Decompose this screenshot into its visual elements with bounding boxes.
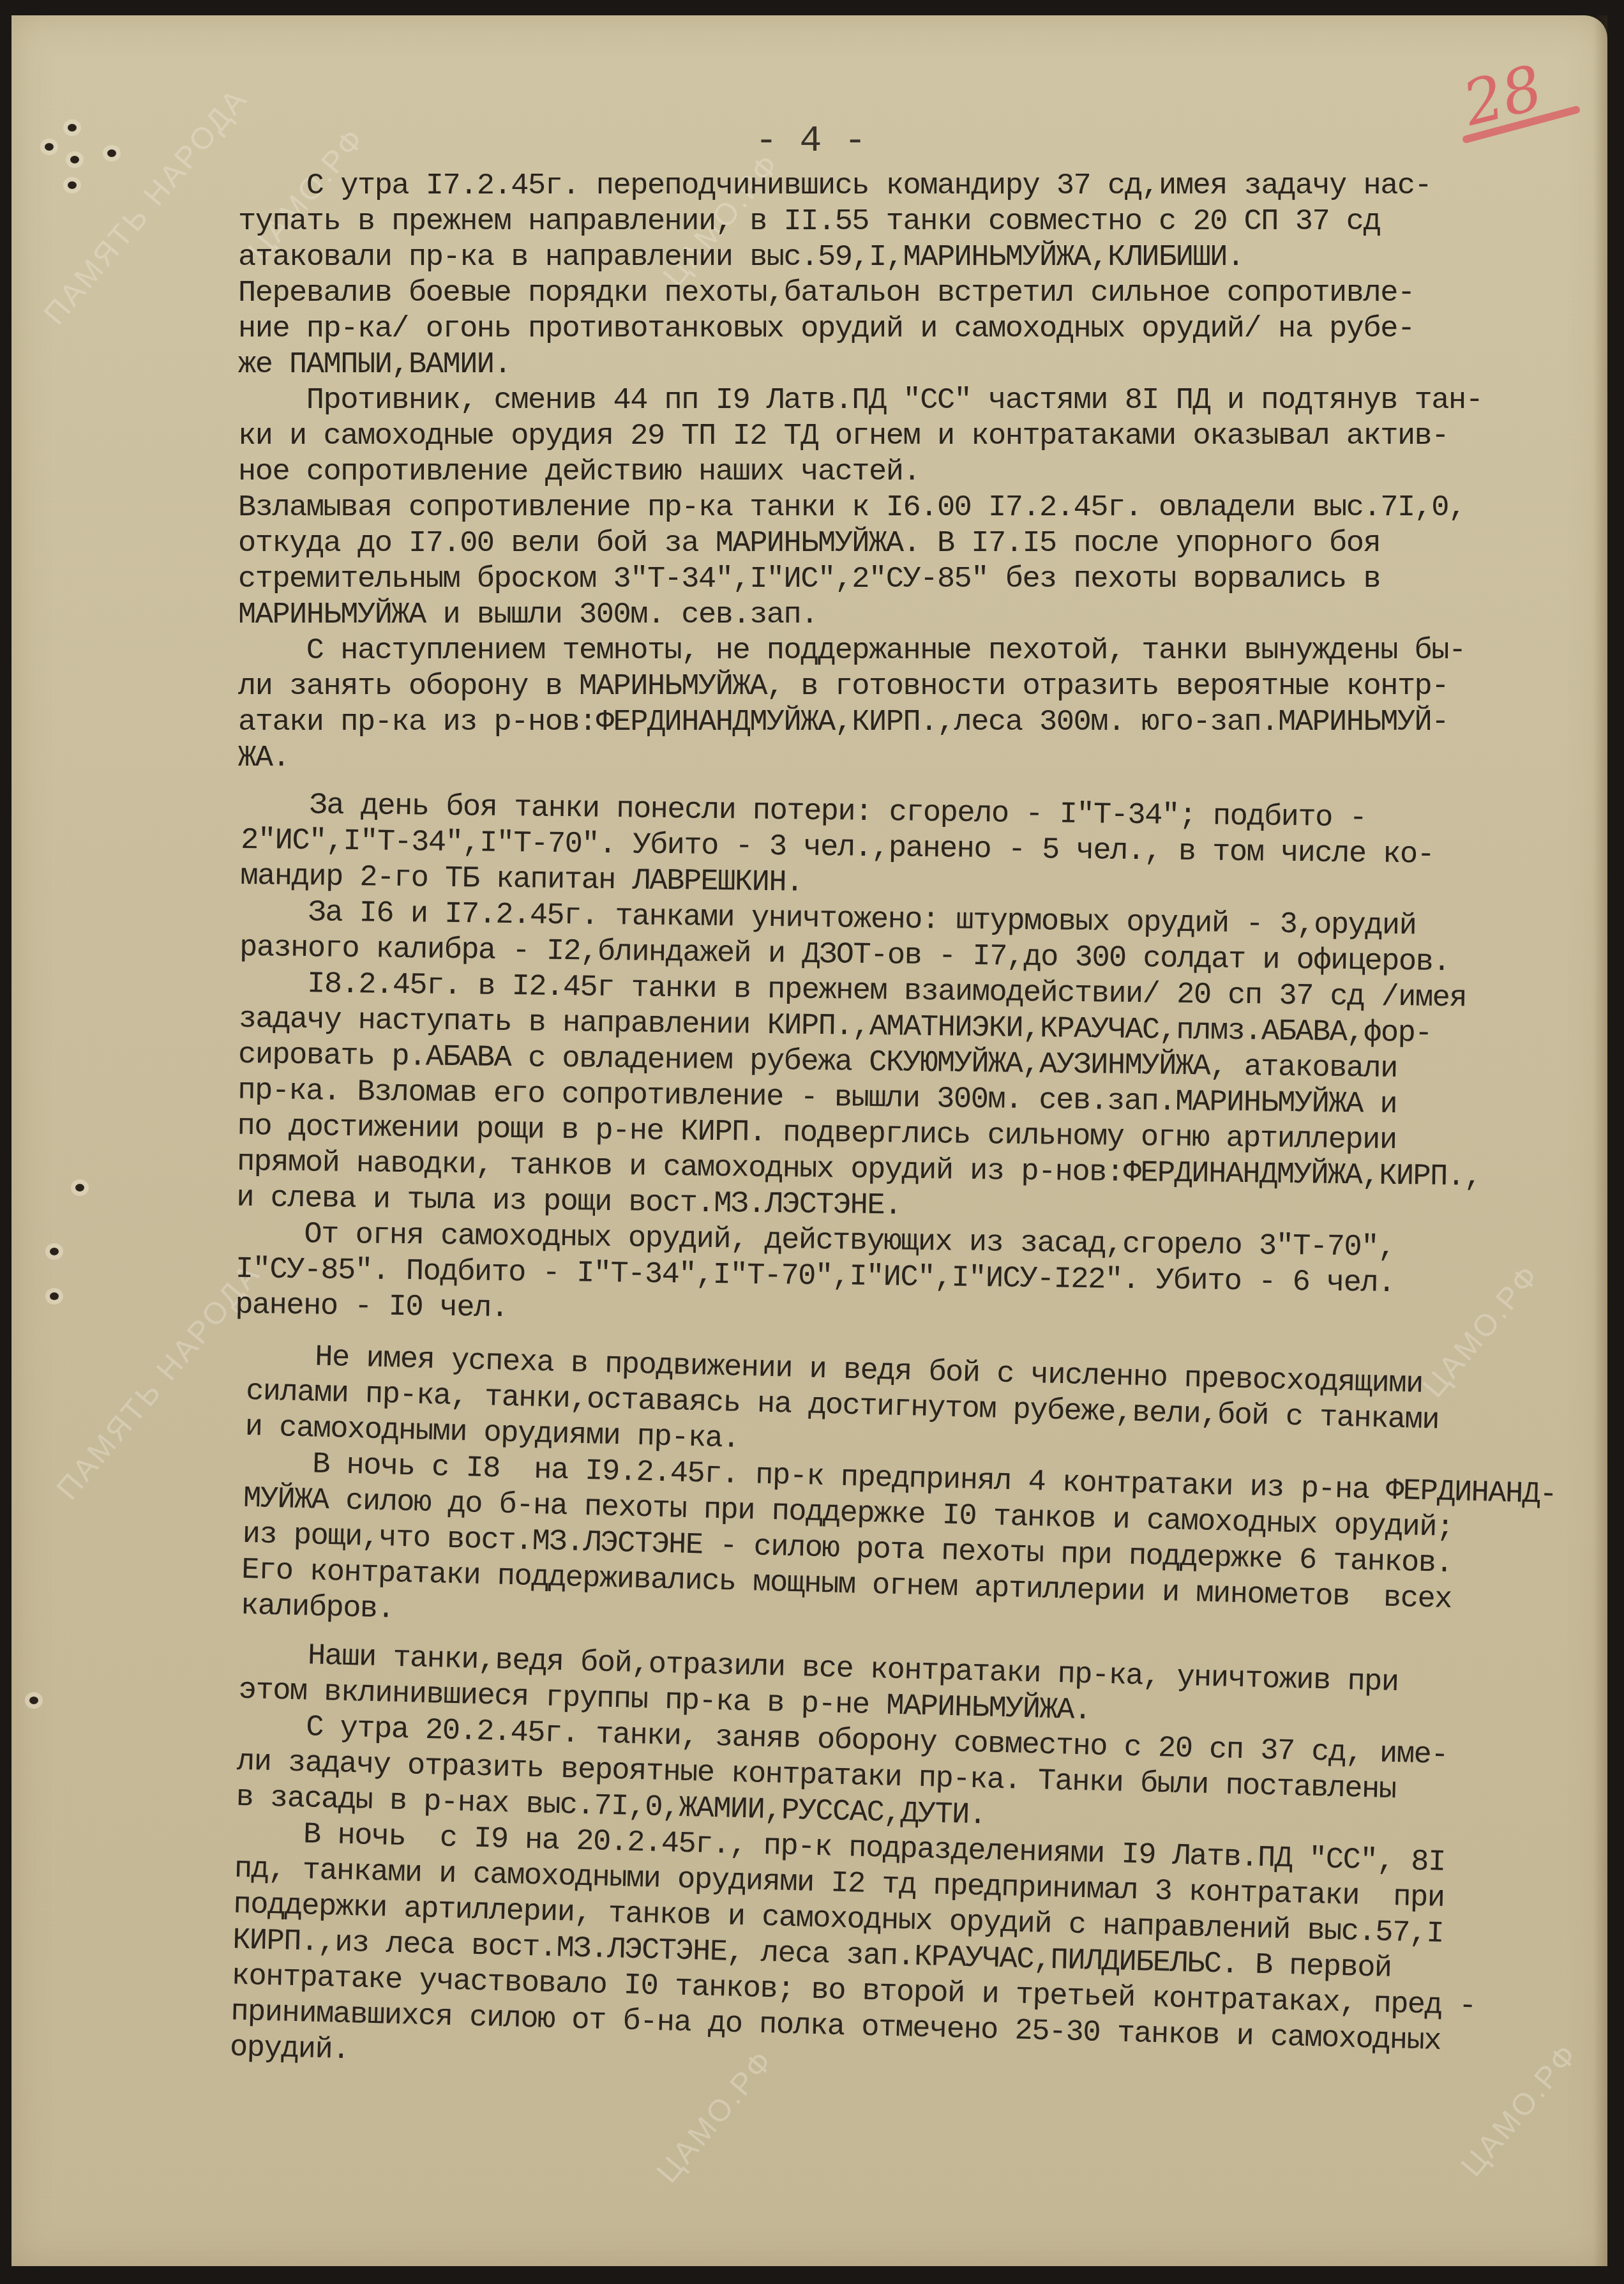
punch-hole-icon (68, 181, 77, 189)
text-line: ЖА. (238, 741, 1611, 776)
text-line: ное сопротивление действию наших частей. (238, 455, 1611, 490)
punch-hole-icon (68, 124, 77, 132)
text-line: Перевалив боевые порядки пехоты,батальон… (238, 276, 1611, 312)
punch-hole-icon (50, 1248, 59, 1255)
text-line: атаки пр-ка из р-нов:ФЕРДИНАНДМУЙЖА,КИРП… (238, 705, 1611, 741)
watermark-pamyat-naroda: ПАМЯТЬ НАРОДА (37, 81, 255, 331)
text-line: откуда до I7.00 вели бой за МАРИНЬМУЙЖА.… (238, 526, 1611, 562)
report-section-losses: За день боя танки понесли потери: сгорел… (235, 787, 1614, 1340)
punch-hole-icon (29, 1697, 38, 1704)
report-section-counterattacks: Не имея успеха в продвижении и ведя бой … (229, 1338, 1619, 2099)
report-body: С утра I7.2.45г. переподчинившись команд… (238, 169, 1611, 2083)
document-page: ПАМЯТЬ НАРОДА ЦАМО.РФ ЦАМО.РФ ЦАМО.РФ ПА… (11, 15, 1607, 2266)
text-line: ние пр-ка/ огонь противотанковых орудий … (238, 312, 1611, 347)
text-line: стремительным броском 3"Т-34",I"ИС",2"СУ… (238, 562, 1611, 598)
punch-hole-icon (70, 156, 79, 163)
text-line: тупать в прежнем направлении, в II.55 та… (238, 204, 1611, 240)
text-line: Взламывая сопротивление пр-ка танки к I6… (238, 490, 1611, 526)
text-line: С утра I7.2.45г. переподчинившись команд… (238, 169, 1611, 204)
punch-hole-icon (50, 1292, 59, 1300)
text-line: Противник, сменив 44 пп I9 Латв.ПД "СС" … (238, 383, 1611, 419)
punch-hole-icon (75, 1184, 84, 1191)
text-line: же ПАМПЫИ,ВАМИИ. (238, 347, 1611, 383)
report-section-17-feb: С утра I7.2.45г. переподчинившись команд… (238, 169, 1611, 776)
text-line: МАРИНЬМУЙЖА и вышли 300м. сев.зап. (238, 598, 1611, 633)
text-line: ки и самоходные орудия 29 ТП I2 ТД огнем… (238, 419, 1611, 455)
text-line: атаковали пр-ка в направлении выс.59,I,М… (238, 240, 1611, 276)
page-number: - 4 - (755, 121, 866, 162)
punch-hole-icon (107, 149, 116, 157)
text-line: ли занять оборону в МАРИНЬМУЙЖА, в готов… (238, 669, 1611, 705)
text-line: С наступлением темноты, не поддержанные … (238, 633, 1611, 669)
punch-hole-icon (45, 143, 54, 151)
